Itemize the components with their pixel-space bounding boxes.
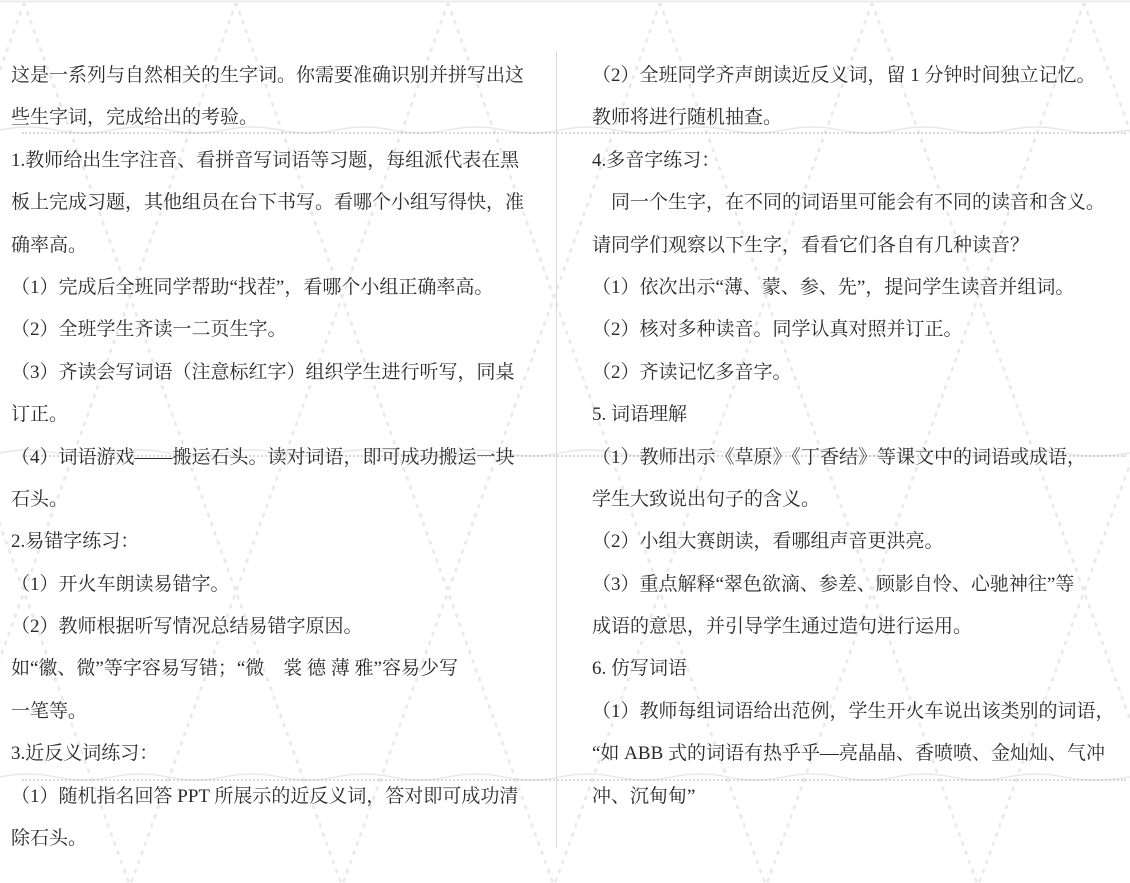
text-line: 学生大致说出句子的含义。 bbox=[592, 479, 1124, 521]
right-column: （2）全班同学齐声朗读近反义词，留 1 分钟时间独立记忆。教师将进行随机抽查。4… bbox=[592, 55, 1124, 818]
text-line: 如“徽、微”等字容易写错；“微 裳 德 薄 雅”容易少写 bbox=[11, 648, 548, 690]
text-line: 3.近反义词练习： bbox=[11, 733, 548, 775]
text-line: 4.多音字练习： bbox=[592, 140, 1124, 182]
text-line: 这是一系列与自然相关的生字词。你需要准确识别并拼写出这 bbox=[11, 55, 548, 97]
text-line: 一笔等。 bbox=[11, 691, 548, 733]
document-page: 这是一系列与自然相关的生字词。你需要准确识别并拼写出这些生字词，完成给出的考验。… bbox=[0, 0, 1130, 883]
text-line: （3）齐读会写词语（注意标红字）组织学生进行听写，同桌 bbox=[11, 352, 548, 394]
text-line: 请同学们观察以下生字，看看它们各自有几种读音？ bbox=[592, 225, 1124, 267]
text-line: （1）教师每组词语给出范例，学生开火车说出该类别的词语， bbox=[592, 691, 1124, 733]
text-line: 6. 仿写词语 bbox=[592, 648, 1124, 690]
text-line: （2）教师根据听写情况总结易错字原因。 bbox=[11, 606, 548, 648]
text-line: 订正。 bbox=[11, 394, 548, 436]
column-divider bbox=[556, 51, 557, 848]
text-line: 5. 词语理解 bbox=[592, 394, 1124, 436]
text-line: （4）词语游戏——搬运石头。读对词语，即可成功搬运一块 bbox=[11, 437, 548, 479]
text-line: 冲、沉甸甸” bbox=[592, 776, 1124, 818]
text-line: 些生字词，完成给出的考验。 bbox=[11, 97, 548, 139]
text-line: （1）完成后全班同学帮助“找茬”，看哪个小组正确率高。 bbox=[11, 267, 548, 309]
text-line: 板上完成习题，其他组员在台下书写。看哪个小组写得快，准 bbox=[11, 182, 548, 224]
text-line: （1）随机指名回答 PPT 所展示的近反义词，答对即可成功清 bbox=[11, 776, 548, 818]
text-line: 确率高。 bbox=[11, 225, 548, 267]
text-line: （3）重点解释“翠色欲滴、参差、顾影自怜、心驰神往”等 bbox=[592, 564, 1124, 606]
text-line: 成语的意思，并引导学生通过造句进行运用。 bbox=[592, 606, 1124, 648]
text-line: （1）依次出示“薄、蒙、参、先”，提问学生读音并组词。 bbox=[592, 267, 1124, 309]
text-line: （2）小组大赛朗读，看哪组声音更洪亮。 bbox=[592, 521, 1124, 563]
text-line: 教师将进行随机抽查。 bbox=[592, 97, 1124, 139]
text-line: 除石头。 bbox=[11, 818, 548, 860]
text-line: （2）齐读记忆多音字。 bbox=[592, 352, 1124, 394]
text-line: 同一个生字，在不同的词语里可能会有不同的读音和含义。 bbox=[592, 182, 1124, 224]
text-line: 石头。 bbox=[11, 479, 548, 521]
text-line: （2）全班学生齐读一二页生字。 bbox=[11, 309, 548, 351]
text-line: （2）全班同学齐声朗读近反义词，留 1 分钟时间独立记忆。 bbox=[592, 55, 1124, 97]
text-line: （1）教师出示《草原》《丁香结》等课文中的词语或成语， bbox=[592, 437, 1124, 479]
text-line: 1.教师给出生字注音、看拼音写词语等习题，每组派代表在黑 bbox=[11, 140, 548, 182]
text-line: 2.易错字练习： bbox=[11, 521, 548, 563]
text-line: （1）开火车朗读易错字。 bbox=[11, 564, 548, 606]
text-line: “如 ABB 式的词语有热乎乎—亮晶晶、香喷喷、金灿灿、气冲 bbox=[592, 733, 1124, 775]
left-column: 这是一系列与自然相关的生字词。你需要准确识别并拼写出这些生字词，完成给出的考验。… bbox=[11, 55, 548, 860]
text-line: （2）核对多种读音。同学认真对照并订正。 bbox=[592, 309, 1124, 351]
